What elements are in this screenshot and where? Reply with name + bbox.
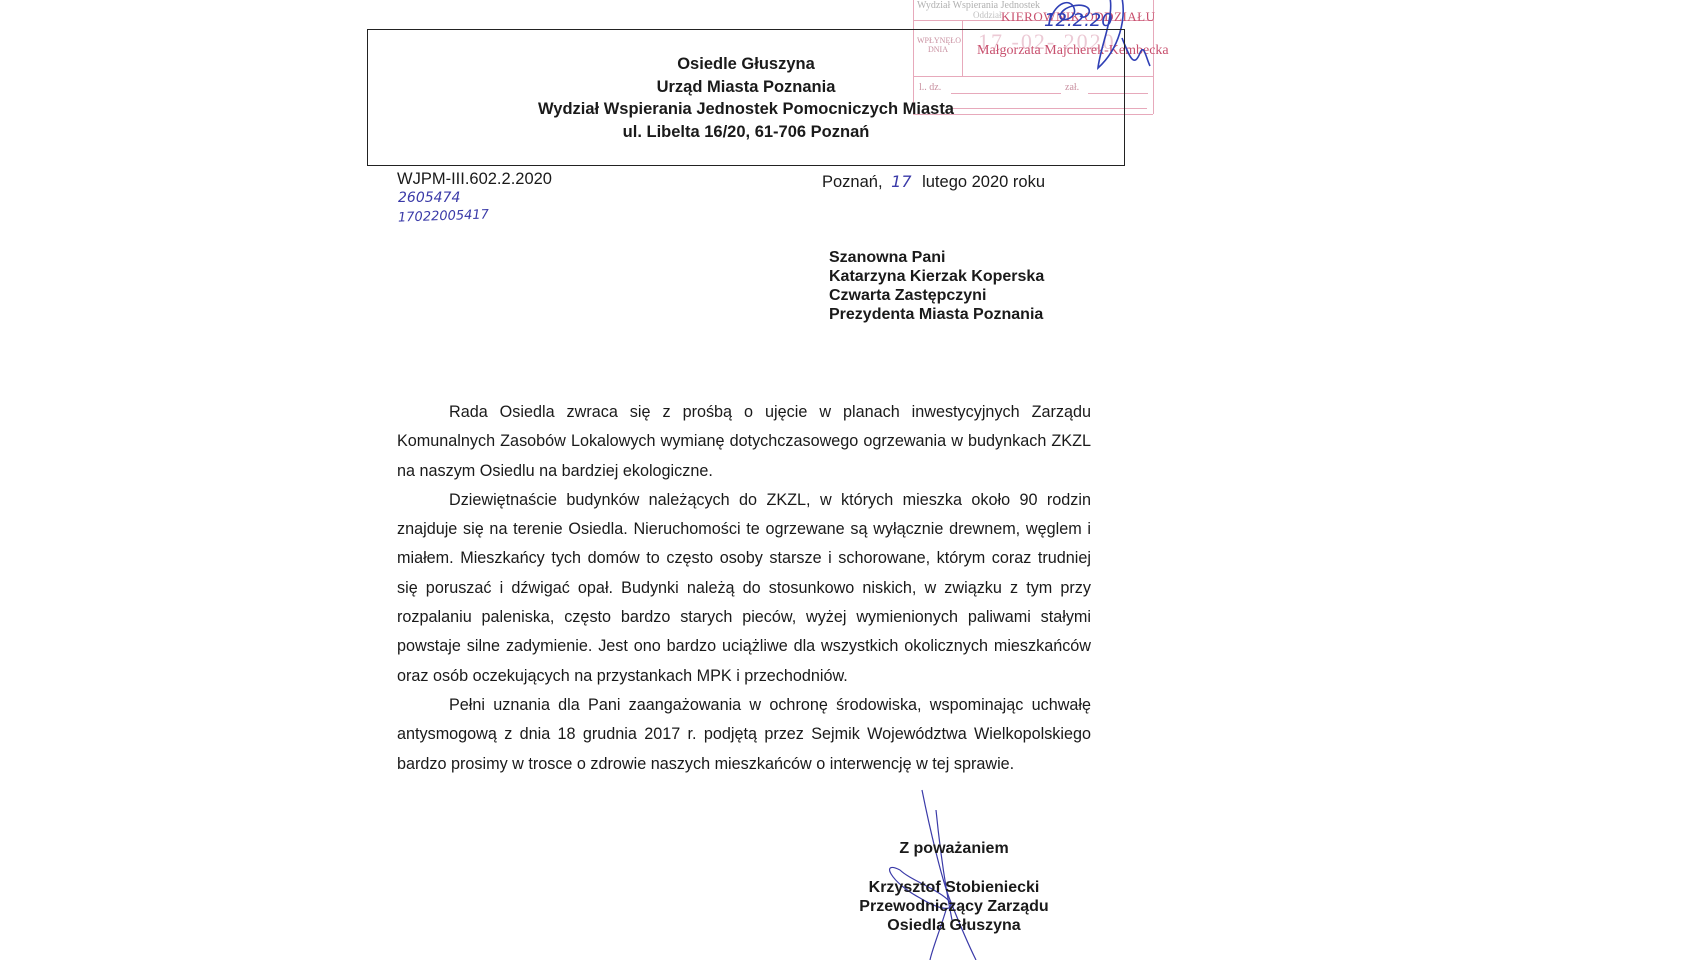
- date-suffix: lutego 2020 roku: [922, 173, 1045, 191]
- signature-closing: Z poważaniem: [824, 840, 1084, 858]
- addressee-name: Katarzyna Kierzak Koperska: [829, 268, 1044, 286]
- addressee-title: Czwarta Zastępczyni: [829, 287, 986, 305]
- body-paragraph: Pełni uznania dla Pani zaangażowania w o…: [397, 691, 1091, 779]
- header-line-address: ul. Libelta 16/20, 61-706 Poznań: [367, 123, 1125, 142]
- header-line-department: Wydział Wspierania Jednostek Pomocniczyc…: [367, 100, 1125, 119]
- signature-role: Przewodniczący Zarządu: [824, 898, 1084, 916]
- date-day-handwritten: 17: [891, 172, 911, 191]
- signature-name: Krzysztof Stobieniecki: [824, 879, 1084, 897]
- stamp-subdepartment: Oddział: [973, 10, 1002, 20]
- addressee-office: Prezydenta Miasta Poznania: [829, 306, 1043, 324]
- body-paragraph: Dziewiętnaście budynków należących do ZK…: [397, 486, 1091, 691]
- header-line-office: Urząd Miasta Poznania: [367, 78, 1125, 97]
- reference-number: WJPM-III.602.2.2020: [397, 170, 552, 189]
- addressee-salutation: Szanowna Pani: [829, 249, 945, 267]
- stamp-handwritten-date: 12.2.20: [1044, 10, 1113, 31]
- letter-body: Rada Osiedla zwraca się z prośbą o ujęci…: [397, 398, 1091, 779]
- body-paragraph: Rada Osiedla zwraca się z prośbą o ujęci…: [397, 398, 1091, 486]
- header-line-org: Osiedle Głuszyna: [367, 55, 1125, 74]
- header-box: [367, 29, 1125, 166]
- date-line: Poznań, 17 lutego 2020 roku: [822, 172, 1045, 192]
- date-prefix: Poznań,: [822, 173, 883, 191]
- handwritten-registry-2: 17022005417: [398, 207, 489, 225]
- handwritten-registry-1: 2605474: [398, 190, 460, 206]
- signature-organization: Osiedla Głuszyna: [824, 917, 1084, 935]
